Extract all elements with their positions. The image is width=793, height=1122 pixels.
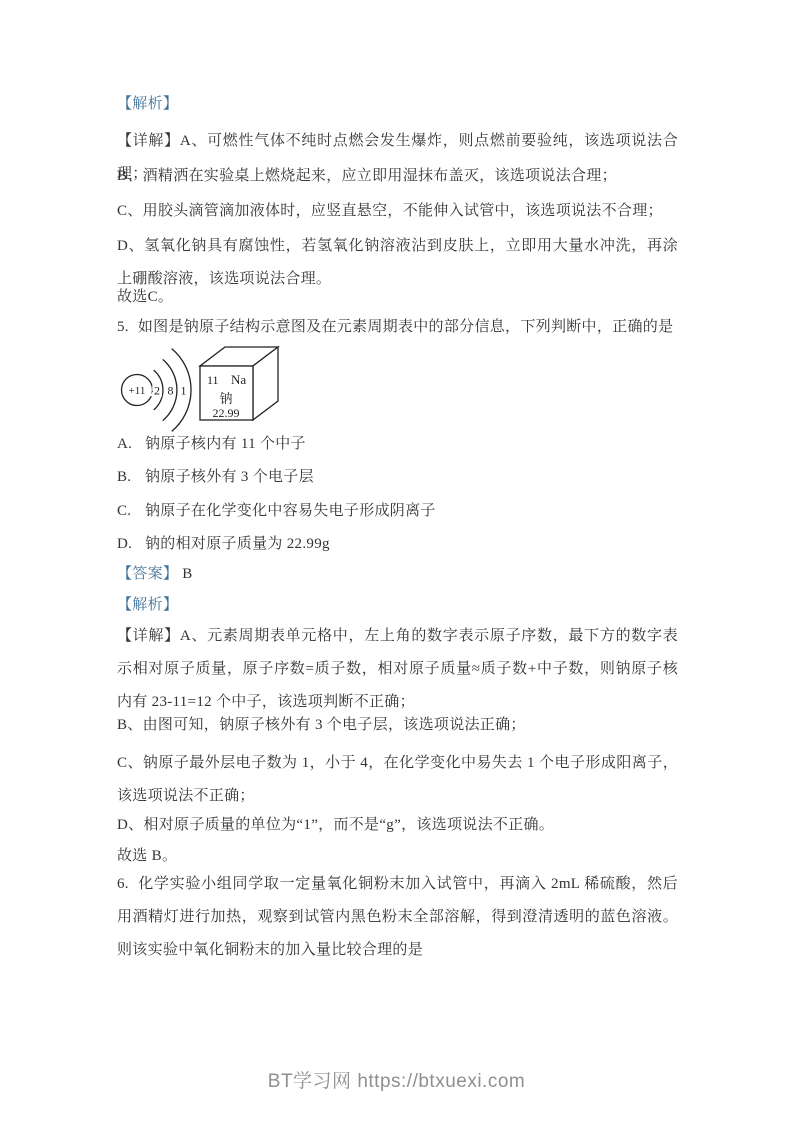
shell-electron-count-2: 8 [168, 384, 174, 398]
option-row-d: D.钠的相对原子质量为 22.99g [117, 528, 678, 561]
option-text: 钠原子在化学变化中容易失电子形成阴离子 [145, 503, 436, 519]
detail-label: 【详解】 [117, 628, 180, 644]
option-key: C. [117, 495, 134, 528]
cell-atomic-number: 11 [207, 373, 219, 387]
detail-label: 【详解】 [117, 133, 180, 149]
answer-label: 【答案】 [117, 566, 178, 582]
footer: BT学习网 https://btxuexi.com [0, 1066, 793, 1093]
question-5-stem: 5.如图是钠原子结构示意图及在元素周期表中的部分信息，下列判断中，正确的是 [117, 311, 678, 344]
q5-explanation-item-a: 【详解】A、元素周期表单元格中，左上角的数字表示原子序数，最下方的数字表示相对原… [117, 620, 678, 719]
option-key: D. [117, 528, 134, 561]
option-row-c: C.钠原子在化学变化中容易失电子形成阴离子 [117, 495, 678, 528]
option-key: A. [117, 428, 134, 461]
answer-value: B [182, 566, 192, 582]
explanation-text: A、元素周期表单元格中，左上角的数字表示原子序数，最下方的数字表示相对原子质量，… [117, 628, 678, 710]
question-number: 6. [117, 876, 129, 892]
analysis-label: 【解析】 [117, 589, 678, 622]
q5-explanation-item-d: D、相对原子质量的单位为“1”，而不是“g”，该选项说法不正确。 [117, 809, 678, 842]
option-row-b: B.钠原子核外有 3 个电子层 [117, 461, 678, 494]
cell-mass: 22.99 [213, 406, 240, 420]
question-stem-text: 化学实验小组同学取一定量氧化铜粉末加入试管中，再滴入 2mL 稀硫酸，然后用酒精… [117, 876, 678, 958]
conclusion-text: 故选C。 [117, 281, 678, 314]
option-key: B. [117, 461, 134, 494]
option-text: 钠的相对原子质量为 22.99g [145, 536, 330, 552]
document-page: 【解析】 【详解】A、可燃性气体不纯时点燃会发生爆炸，则点燃前要验纯，该选项说法… [0, 0, 793, 1122]
cell-symbol: Na [231, 372, 246, 387]
nucleus-charge: +11 [129, 385, 146, 397]
option-text: 钠原子核内有 11 个中子 [145, 436, 306, 452]
explanation-item-b: B、酒精洒在实验桌上燃烧起来，应立即用湿抹布盖灭，该选项说法合理； [117, 160, 678, 193]
option-row-a: A.钠原子核内有 11 个中子 [117, 428, 678, 461]
shell-electron-count-1: 2 [154, 384, 160, 398]
question-stem-text: 如图是钠原子结构示意图及在元素周期表中的部分信息，下列判断中，正确的是 [138, 319, 674, 335]
q5-explanation-item-b: B、由图可知，钠原子核外有 3 个电子层，该选项说法正确； [117, 709, 678, 742]
cell-name: 钠 [219, 391, 232, 406]
question-6-stem: 6.化学实验小组同学取一定量氧化铜粉末加入试管中，再滴入 2mL 稀硫酸，然后用… [117, 868, 678, 967]
explanation-item-c: C、用胶头滴管滴加液体时，应竖直悬空，不能伸入试管中，该选项说法不合理； [117, 195, 678, 228]
question-number: 5. [117, 319, 129, 335]
footer-link[interactable]: BT学习网 https://btxuexi.com [268, 1071, 525, 1092]
answer-row: 【答案】B [117, 558, 678, 591]
q5-explanation-item-c: C、钠原子最外层电子数为 1，小于 4，在化学变化中易失去 1 个电子形成阳离子… [117, 747, 678, 813]
analysis-label: 【解析】 [117, 88, 678, 121]
shell-electron-count-3: 1 [181, 384, 187, 398]
option-text: 钠原子核外有 3 个电子层 [145, 469, 314, 485]
